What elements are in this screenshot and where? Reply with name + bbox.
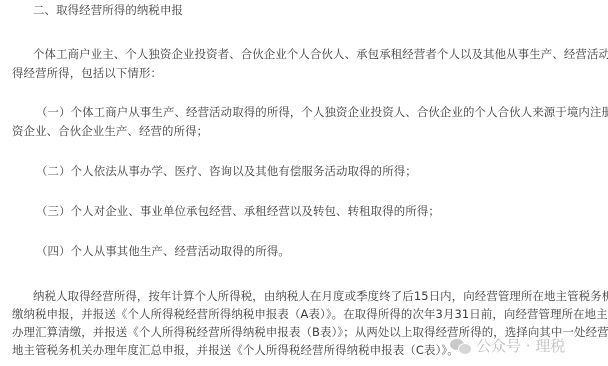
filing-line-1: 纳税人取得经营所得，按年计算个人所得税，由纳税人在月度或季度终了后15日内，向经… [33,289,608,303]
section-title: 二、取得经营所得的纳税申报 [33,3,183,17]
filing-line-4: 地主管税务机关办理年度汇总申报，并报送《个人所得税经营所得纳税申报表（C表）》。 [12,343,459,357]
filing-line-2: 缴纳税申报，并报送《个人所得税经营所得纳税申报表（A表）》。在取得所得的次年3月… [12,307,608,321]
item-1-line-2: 资企业、合伙企业生产、经营的所得； [12,124,208,138]
intro-line-2: 得经营所得，包括以下情形： [12,66,162,80]
watermark-text: 公众号 · 理税 [476,337,565,355]
wechat-icon [450,337,472,355]
item-2: （二）个人依法从事办学、医疗、咨询以及其他有偿服务活动取得的所得； [36,164,417,178]
item-4: （四）个人从事其他生产、经营活动取得的所得。 [36,244,290,258]
item-1-line-1: （一）个体工商户从事生产、经营活动取得的所得，个人独资企业投资人、合伙企业的个人… [36,105,608,119]
intro-line-1: 个体工商户业主、个人独资企业投资者、合伙企业个人合伙人、承包承租经营者个人以及其… [33,47,608,61]
watermark: 公众号 · 理税 [450,337,565,355]
item-3: （三）个人对企业、事业单位承包经营、承租经营以及转包、转租取得的所得； [36,204,440,218]
